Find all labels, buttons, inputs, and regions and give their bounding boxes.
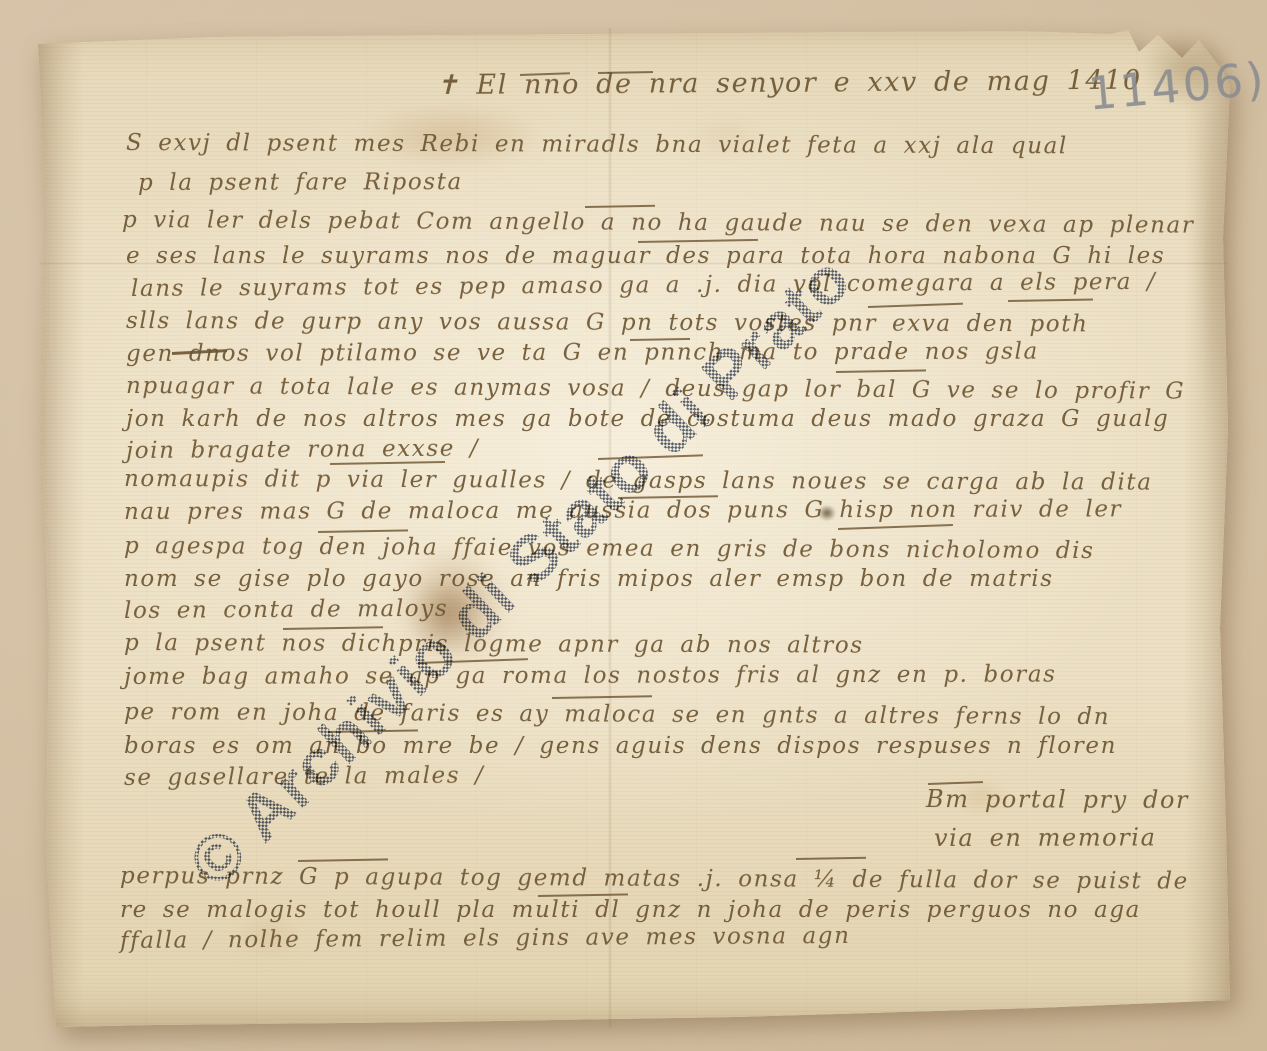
body-line-2: e ses lans le suyrams nos de maguar des … — [126, 243, 1165, 269]
signature-line-1: Bm portal pry dor — [926, 785, 1189, 814]
body-line-16: pe rom en joha de faris es ay maloca se … — [124, 699, 1110, 730]
postscript-line-1: perpus prnz G p agupa tog gemd matas .j.… — [120, 863, 1189, 895]
body-line-12: nom se gise plo gayo rose an fris mipos … — [124, 566, 1054, 592]
body-line-13: los en conta de maloys — [124, 596, 448, 624]
postscript-line-3: ffalla / nolhe fem relim els gins ave me… — [120, 923, 851, 954]
scan-stage: ✝ El nno de nra senyor e xxv de mag 1410… — [0, 0, 1267, 1051]
postscript-line-2: re se malogis tot houll pla multi dl gnz… — [120, 897, 1141, 923]
header-date-line: ✝ El nno de nra senyor e xxv de mag 1410 — [436, 65, 1142, 101]
body-line-4: slls lans de gurp any vos aussa G pn tot… — [126, 308, 1089, 337]
ink-stain — [1196, 95, 1230, 425]
signature-line-2: via en memoria — [934, 823, 1157, 852]
body-line-15: jome bag amaho se ap ga roma los nostos … — [124, 662, 1057, 690]
salutation-line-2: p la psent fare Riposta — [138, 169, 463, 196]
body-line-8: join bragate rona exxse / — [126, 436, 479, 464]
body-line-5: gen dnos vol ptilamo se ve ta G en pnnch… — [126, 339, 1039, 367]
salutation-line-1: S exvj dl psent mes Rebi en miradls bna … — [126, 130, 1068, 159]
